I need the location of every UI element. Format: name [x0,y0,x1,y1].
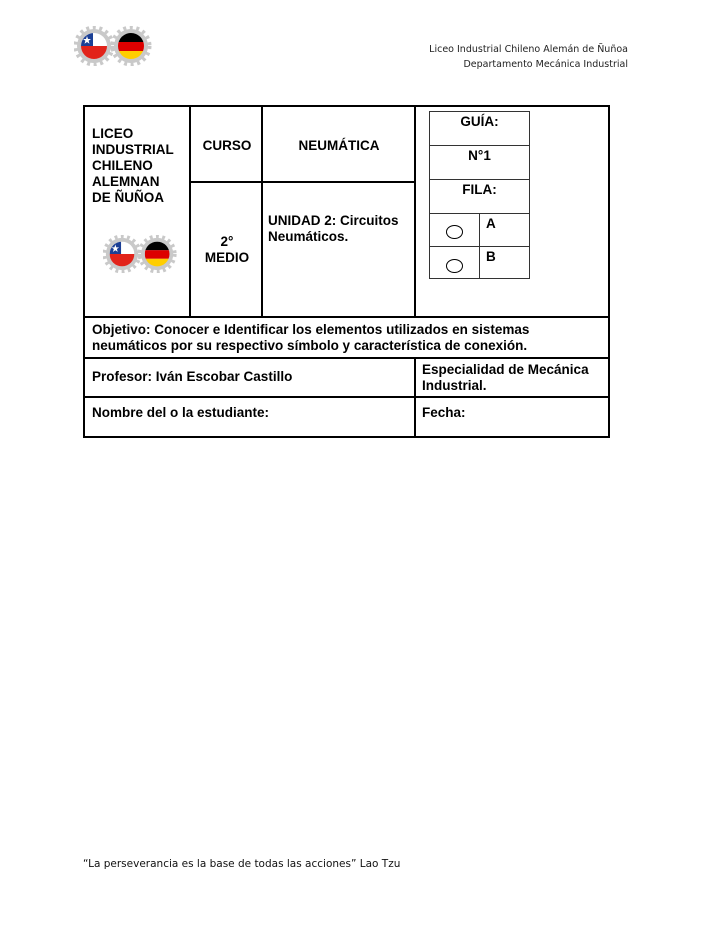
school-name: LICEO INDUSTRIAL CHILENO ALEMNAN DE ÑUÑO… [92,126,192,206]
fila-option-a[interactable]: A [430,214,529,247]
divider [189,181,416,183]
objective: Objetivo: Conocer e Identificar los elem… [92,322,592,354]
school-name-line: ALEMNAN [92,174,192,190]
header-form-table: LICEO INDUSTRIAL CHILENO ALEMNAN DE ÑUÑO… [83,105,610,438]
specialty: Especialidad de Mecánica Industrial. [422,362,607,394]
teacher-name: Profesor: Iván Escobar Castillo [92,369,412,385]
fila-option-b[interactable]: B [430,247,529,279]
radio-cell [430,247,480,279]
footer-quote: “La perseverancia es la base de todas la… [83,858,400,870]
guia-box: GUÍA: N°1 FILA: A B [429,111,530,279]
guia-number: N°1 [430,146,529,180]
radio-a[interactable] [446,225,463,239]
subject-title: NEUMÁTICA [263,138,415,154]
grade-cycle: MEDIO [191,250,263,266]
student-name-field[interactable]: Nombre del o la estudiante: [92,405,412,421]
date-field[interactable]: Fecha: [422,405,607,421]
option-label: A [486,216,496,248]
divider [85,357,608,359]
divider [85,316,608,318]
guia-label: GUÍA: [430,112,529,146]
school-logo [74,26,154,66]
school-name-line: CHILENO [92,158,192,174]
unit-title: UNIDAD 2: Circuitos Neumáticos. [268,213,413,245]
radio-cell [430,214,480,246]
chile-flag-icon [110,242,135,267]
letterhead: Liceo Industrial Chileno Alemán de Ñuñoa… [429,42,628,72]
grade-level: 2° MEDIO [191,234,263,266]
chile-flag-icon [81,33,107,59]
fila-label: FILA: [430,180,529,214]
school-line: Liceo Industrial Chileno Alemán de Ñuñoa [429,42,628,57]
grade-number: 2° [191,234,263,250]
school-logo [103,235,179,273]
divider [414,357,416,436]
school-name-line: LICEO [92,126,192,142]
school-name-line: INDUSTRIAL [92,142,192,158]
radio-b[interactable] [446,259,463,273]
department-line: Departamento Mecánica Industrial [429,57,628,72]
curso-label: CURSO [191,138,263,154]
school-name-line: DE ÑUÑOA [92,190,192,206]
option-label: B [486,249,496,281]
divider [85,396,608,398]
